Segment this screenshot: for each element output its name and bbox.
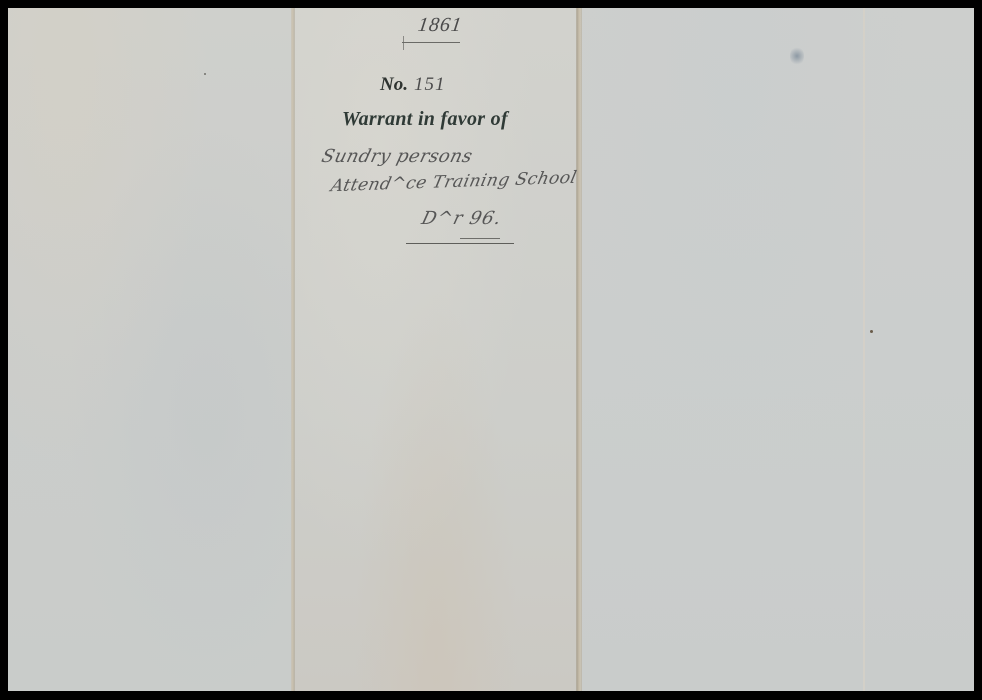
- year-tick-mark: [403, 36, 404, 50]
- docket-year: 1861: [416, 14, 463, 37]
- year-underline: [402, 42, 460, 43]
- paper-speck: [204, 73, 206, 75]
- scan-frame: 1861 No.151 Warrant in favor of Sundry p…: [0, 0, 982, 700]
- document-sheet: 1861 No.151 Warrant in favor of Sundry p…: [8, 8, 974, 691]
- docket-label: 1861 No.151 Warrant in favor of Sundry p…: [292, 8, 580, 268]
- amount: D^r 96.: [419, 208, 504, 229]
- ink-stain: [790, 46, 804, 66]
- payee-line-2: Attend^ce Training School: [329, 168, 579, 196]
- warrant-number: 151: [414, 74, 446, 95]
- payee-line-1: Sundry persons: [319, 146, 474, 167]
- fold-line-right: [863, 8, 865, 691]
- number-label: No.: [380, 74, 408, 95]
- warrant-heading: Warrant in favor of: [342, 108, 508, 131]
- closing-rule-short: [460, 238, 500, 239]
- closing-rule: [406, 243, 514, 244]
- warrant-number-line: No.151: [380, 74, 445, 96]
- left-fold-panel: [8, 8, 292, 691]
- right-fold-panel: [580, 8, 974, 691]
- paper-speck: [870, 330, 873, 333]
